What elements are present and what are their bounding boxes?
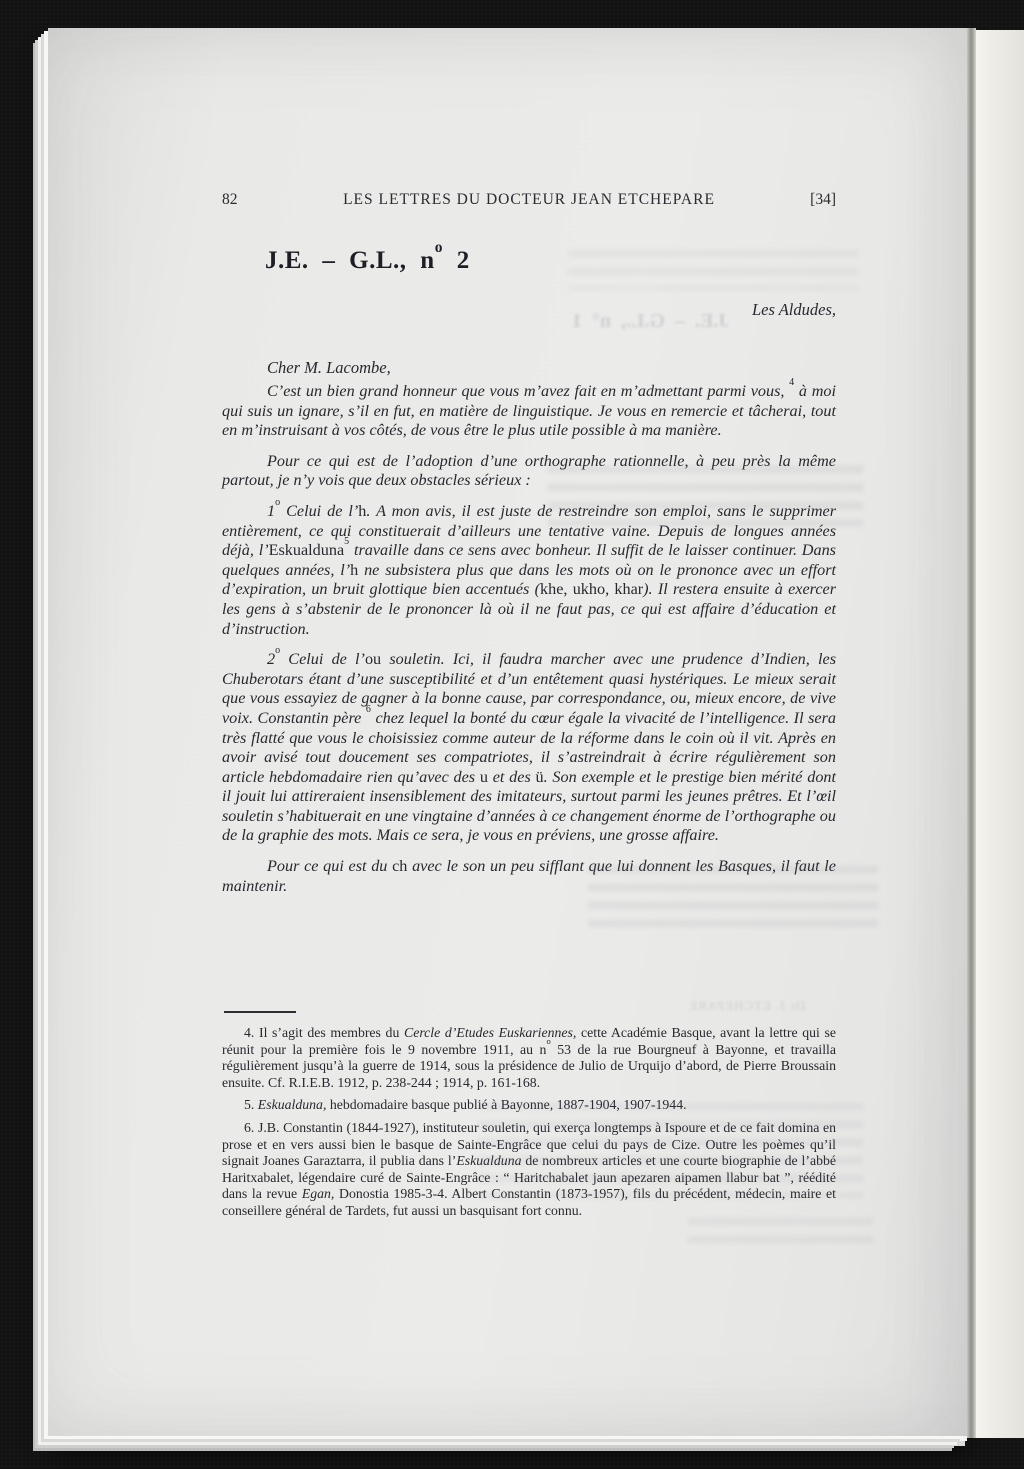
paragraph: Pour ce qui est du ch avec le son un peu… xyxy=(222,857,836,896)
paragraph: Pour ce qui est de l’adoption d’une orth… xyxy=(222,452,836,491)
page-header: 82 LES LETTRES DU DOCTEUR JEAN ETCHEPARE… xyxy=(222,191,836,209)
paragraph: 2o Celui de l’ou souletin. Ici, il faudr… xyxy=(222,650,836,846)
footnote: 5. Eskualduna, hebdomadaire basque publi… xyxy=(222,1097,836,1114)
footnote: 6. J.B. Constantin (1844-1927), institut… xyxy=(222,1120,836,1220)
footnote: 4. Il s’agit des membres du Cercle d’Etu… xyxy=(222,1025,836,1091)
letter-title: J.E. – G.L., no 2 xyxy=(265,247,470,275)
bleedthrough-signature-ghost: Dr J. ETCHEPARE xyxy=(688,998,805,1014)
letter-body: C’est un bien grand honneur que vous m’a… xyxy=(222,382,836,907)
book-gutter xyxy=(967,28,976,1438)
book-page: J.E. – G.L., n° 1 Dr J. ETCHEPARE 82 LES… xyxy=(48,28,967,1436)
running-title: LES LETTRES DU DOCTEUR JEAN ETCHEPARE xyxy=(312,191,746,209)
scanned-book-photo: { "scan": { "header": { "page_number": "… xyxy=(0,0,1024,1469)
facing-page-edge xyxy=(976,30,1024,1438)
page-number: 82 xyxy=(222,191,312,209)
bleedthrough-smudge xyxy=(568,250,858,290)
paragraph: C’est un bien grand honneur que vous m’a… xyxy=(222,382,836,441)
footnotes: 4. Il s’agit des membres du Cercle d’Etu… xyxy=(222,1025,836,1226)
salutation: Cher M. Lacombe, xyxy=(267,358,391,378)
issue-number: [34] xyxy=(746,191,836,209)
footnote-separator xyxy=(224,1011,296,1013)
paragraph: 1o Celui de l’h. A mon avis, il est just… xyxy=(222,502,836,639)
dateline: Les Aldudes, xyxy=(222,300,836,320)
